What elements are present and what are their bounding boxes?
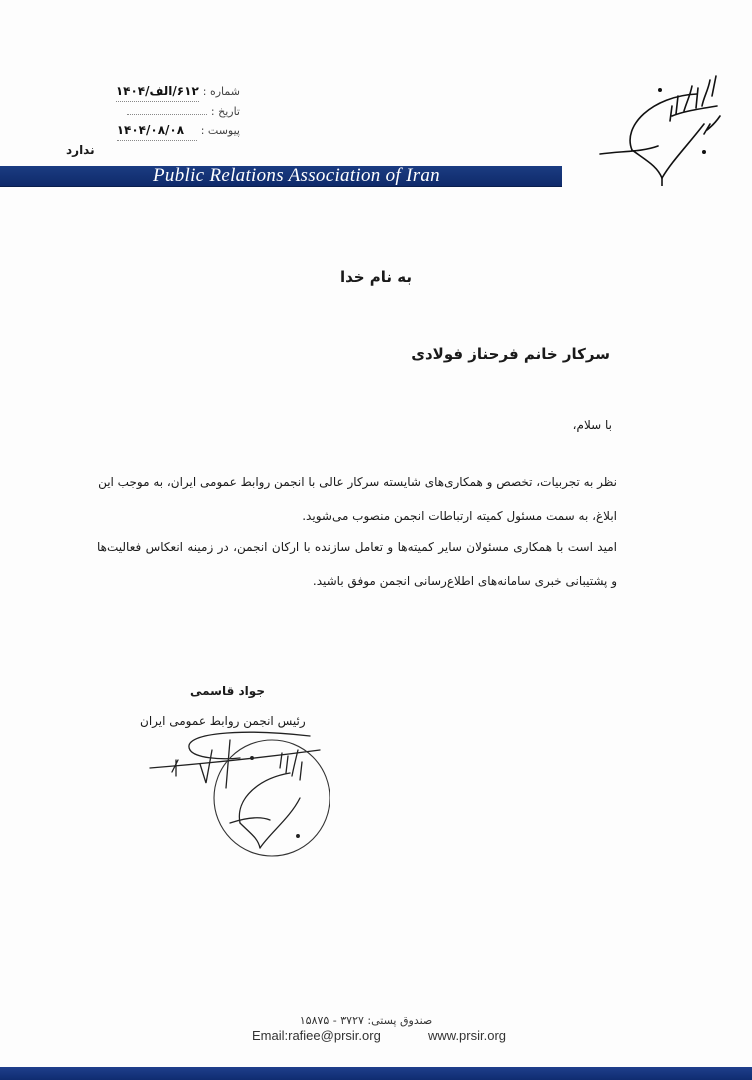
- greeting: با سلام،: [573, 418, 612, 432]
- banner-text: Public Relations Association of Iran: [153, 165, 440, 187]
- date-value: [127, 114, 207, 115]
- meta-attachment-row: پیوست : ۱۴۰۴/۰۸/۰۸: [40, 121, 240, 141]
- recipient-name: سرکار خانم فرحناز فولادی: [411, 345, 610, 363]
- meta-number-row: شماره : ۶۱۲/الف/۱۴۰۴: [40, 82, 240, 102]
- po-box-text: صندوق پستی: ۳۷۲۷ - ۱۵۸۷۵: [300, 1014, 433, 1027]
- letter-heading: به نام خدا: [0, 268, 752, 286]
- signature-seal-icon: [140, 728, 330, 858]
- signer-name: جواد قاسمی: [190, 684, 265, 698]
- number-value: ۶۱۲/الف/۱۴۰۴: [116, 82, 199, 102]
- attachment-value: ندارد: [66, 143, 95, 157]
- header-banner: Public Relations Association of Iran: [0, 166, 562, 187]
- attachment-label: پیوست :: [201, 121, 240, 140]
- meta-date-row: تاریخ :: [40, 102, 240, 121]
- letter-meta: شماره : ۶۱۲/الف/۱۴۰۴ تاریخ : پیوست : ۱۴۰…: [40, 82, 240, 141]
- footer-website-link[interactable]: www.prsir.org: [428, 1028, 506, 1043]
- number-label: شماره :: [203, 82, 240, 101]
- body-paragraph-1: نظر به تجربیات، تخصص و همکاری‌های شایسته…: [97, 465, 617, 533]
- footer-email-link[interactable]: Email:rafiee@prsir.org: [252, 1028, 381, 1043]
- signer-title: رئیس انجمن روابط عمومی ایران: [140, 714, 306, 728]
- date-label: تاریخ :: [211, 102, 240, 121]
- po-box: صندوق پستی: ۳۷۲۷ - ۱۵۸۷۵: [0, 1014, 752, 1027]
- footer-bar: [0, 1067, 752, 1080]
- body-paragraph-2: امید است با همکاری مسئولان سایر کمیته‌ها…: [97, 530, 617, 598]
- pr-association-logo-icon: [592, 66, 742, 186]
- attachment-line-value: ۱۴۰۴/۰۸/۰۸: [117, 121, 197, 141]
